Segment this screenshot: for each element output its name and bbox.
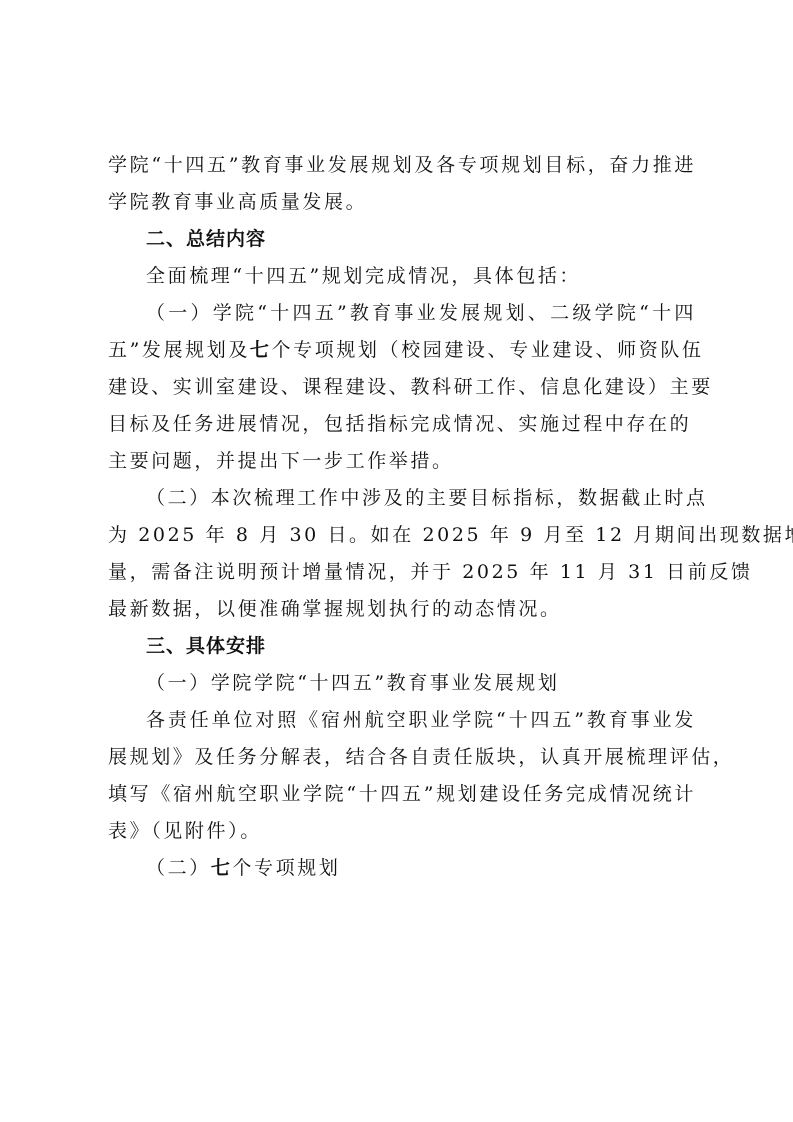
item2-line-2: 为 2025 年 8 月 30 日。如在 2025 年 9 月至 12 月期间出… [108,517,696,554]
sub1-line-3: 填写《宿州航空职业学院“十四五”规划建设任务完成情况统计 [108,776,696,813]
sub2-title-bold: 七 [211,857,233,879]
sub1-line-2: 展规划》及任务分解表，结合各自责任版块，认真开展梳理评估， [108,739,696,776]
item1-line-1: （一）学院“十四五”教育事业发展规划、二级学院“十四 [108,295,696,332]
section-heading-arrangement: 三、具体安排 [108,628,696,665]
item2-line-4: 最新数据，以便准确掌握规划执行的动态情况。 [108,591,696,628]
sub1-line-1: 各责任单位对照《宿州航空职业学院“十四五”教育事业发 [108,702,696,739]
sub2-title-post: 个专项规划 [232,857,340,879]
section-heading-summary: 二、总结内容 [108,221,696,258]
item2-line-1: （二）本次梳理工作中涉及的主要目标指标，数据截止时点 [108,480,696,517]
document-page: 学院“十四五”教育事业发展规划及各专项规划目标，奋力推进 学院教育事业高质量发展… [108,147,696,887]
sub2-title: （二）七个专项规划 [108,850,696,887]
intro-line-1: 学院“十四五”教育事业发展规划及各专项规划目标，奋力推进 [108,147,696,184]
item2-line-3: 量，需备注说明预计增量情况，并于 2025 年 11 月 31 日前反馈 [108,554,696,591]
sub1-title: （一）学院学院“十四五”教育事业发展规划 [108,665,696,702]
item1-line-2-bold: 七 [250,339,272,361]
sub1-line-4: 表》（见附件）。 [108,813,696,850]
item1-line-5: 主要问题，并提出下一步工作举措。 [108,443,696,480]
intro-line-2: 学院教育事业高质量发展。 [108,184,696,221]
summary-lead: 全面梳理“十四五”规划完成情况，具体包括： [108,258,696,295]
item1-line-2-post: 个专项规划（校园建设、专业建设、师资队伍 [272,339,704,361]
sub2-title-pre: （二） [146,857,211,879]
item1-line-4: 目标及任务进展情况，包括指标完成情况、实施过程中存在的 [108,406,696,443]
item1-line-2-pre: 五”发展规划及 [108,339,250,361]
item1-line-2: 五”发展规划及七个专项规划（校园建设、专业建设、师资队伍 [108,332,696,369]
item1-line-3: 建设、实训室建设、课程建设、教科研工作、信息化建设）主要 [108,369,696,406]
